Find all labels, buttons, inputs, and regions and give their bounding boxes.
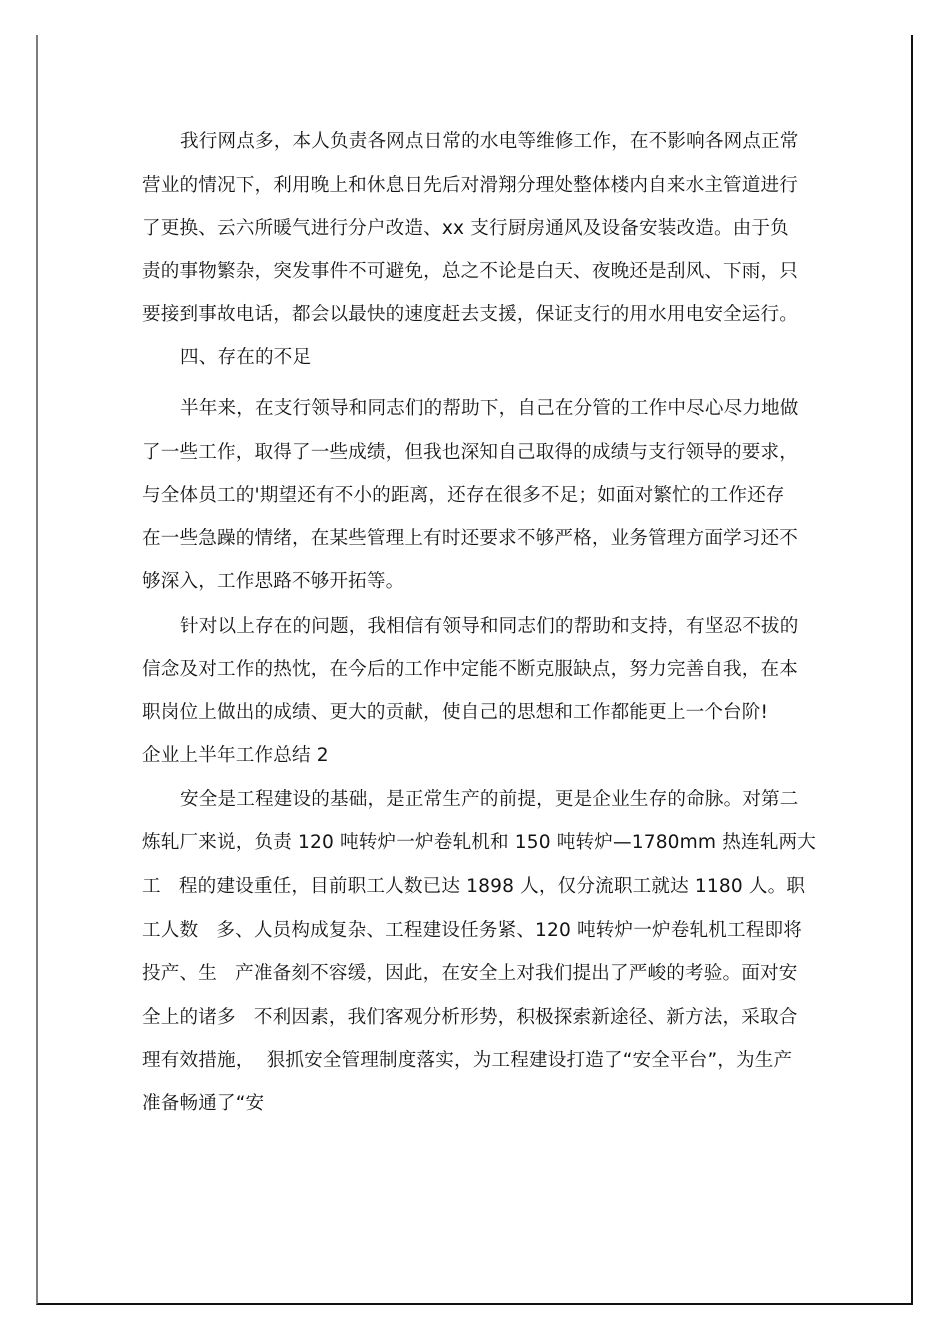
paragraph-line: 安全是工程建设的基础，是正常生产的前提，更是企业生存的命脉。对第二 — [180, 787, 860, 813]
paragraph-line: 在一些急躁的情绪，在某些管理上有时还要求不够严格，业务管理方面学习还不 — [142, 526, 822, 552]
paragraph-line: 够深入，工作思路不够开拓等。 — [142, 569, 822, 595]
paragraph-line: 炼轧厂来说，负责 120 吨转炉一炉卷轧机和 150 吨转炉—1780mm 热连… — [142, 830, 822, 856]
paragraph-line: 全上的诸多 不利因素，我们客观分析形势，积极探索新途径、新方法，采取合 — [142, 1005, 822, 1031]
paragraph-line: 信念及对工作的热忱，在今后的工作中定能不断克服缺点，努力完善自我，在本 — [142, 657, 822, 683]
document-title: 企业上半年工作总结 2 — [142, 743, 822, 769]
paragraph-line: 投产、生 产准备刻不容缓，因此，在安全上对我们提出了严峻的考验。面对安 — [142, 961, 822, 987]
paragraph-line: 我行网点多，本人负责各网点日常的水电等维修工作，在不影响各网点正常 — [180, 129, 860, 155]
paragraph-line: 理有效措施， 狠抓安全管理制度落实，为工程建设打造了“安全平台”，为生产 — [142, 1048, 822, 1074]
paragraph-line: 工 程的建设重任，目前职工人数已达 1898 人，仅分流职工就达 1180 人。… — [142, 874, 822, 900]
paragraph-line: 了一些工作，取得了一些成绩，但我也深知自己取得的成绩与支行领导的要求， — [142, 440, 822, 466]
paragraph-line: 要接到事故电话，都会以最快的速度赶去支援，保证支行的用水用电安全运行。 — [142, 302, 822, 328]
paragraph-line: 职岗位上做出的成绩、更大的贡献，使自己的思想和工作都能更上一个台阶! — [142, 700, 822, 726]
paragraph-line: 工人数 多、人员构成复杂、工程建设任务紧、120 吨转炉一炉卷轧机工程即将 — [142, 918, 822, 944]
paragraph-line: 营业的情况下，利用晚上和休息日先后对滑翔分理处整体楼内自来水主管道进行 — [142, 173, 822, 199]
paragraph-line: 准备畅通了“安 — [142, 1091, 822, 1117]
paragraph-line: 半年来，在支行领导和同志们的帮助下，自己在分管的工作中尽心尽力地做 — [180, 396, 860, 422]
paragraph-line: 责的事物繁杂，突发事件不可避免，总之不论是白天、夜晚还是刮风、下雨，只 — [142, 259, 822, 285]
paragraph-line: 针对以上存在的问题，我相信有领导和同志们的帮助和支持，有坚忍不拔的 — [180, 614, 860, 640]
paragraph-line: 与全体员工的'期望还有不小的距离，还存在很多不足；如面对繁忙的工作还存 — [142, 483, 822, 509]
paragraph-line: 了更换、云六所暖气进行分户改造、xx 支行厨房通风及设备安装改造。由于负 — [142, 216, 822, 242]
section-heading: 四、存在的不足 — [180, 345, 860, 371]
